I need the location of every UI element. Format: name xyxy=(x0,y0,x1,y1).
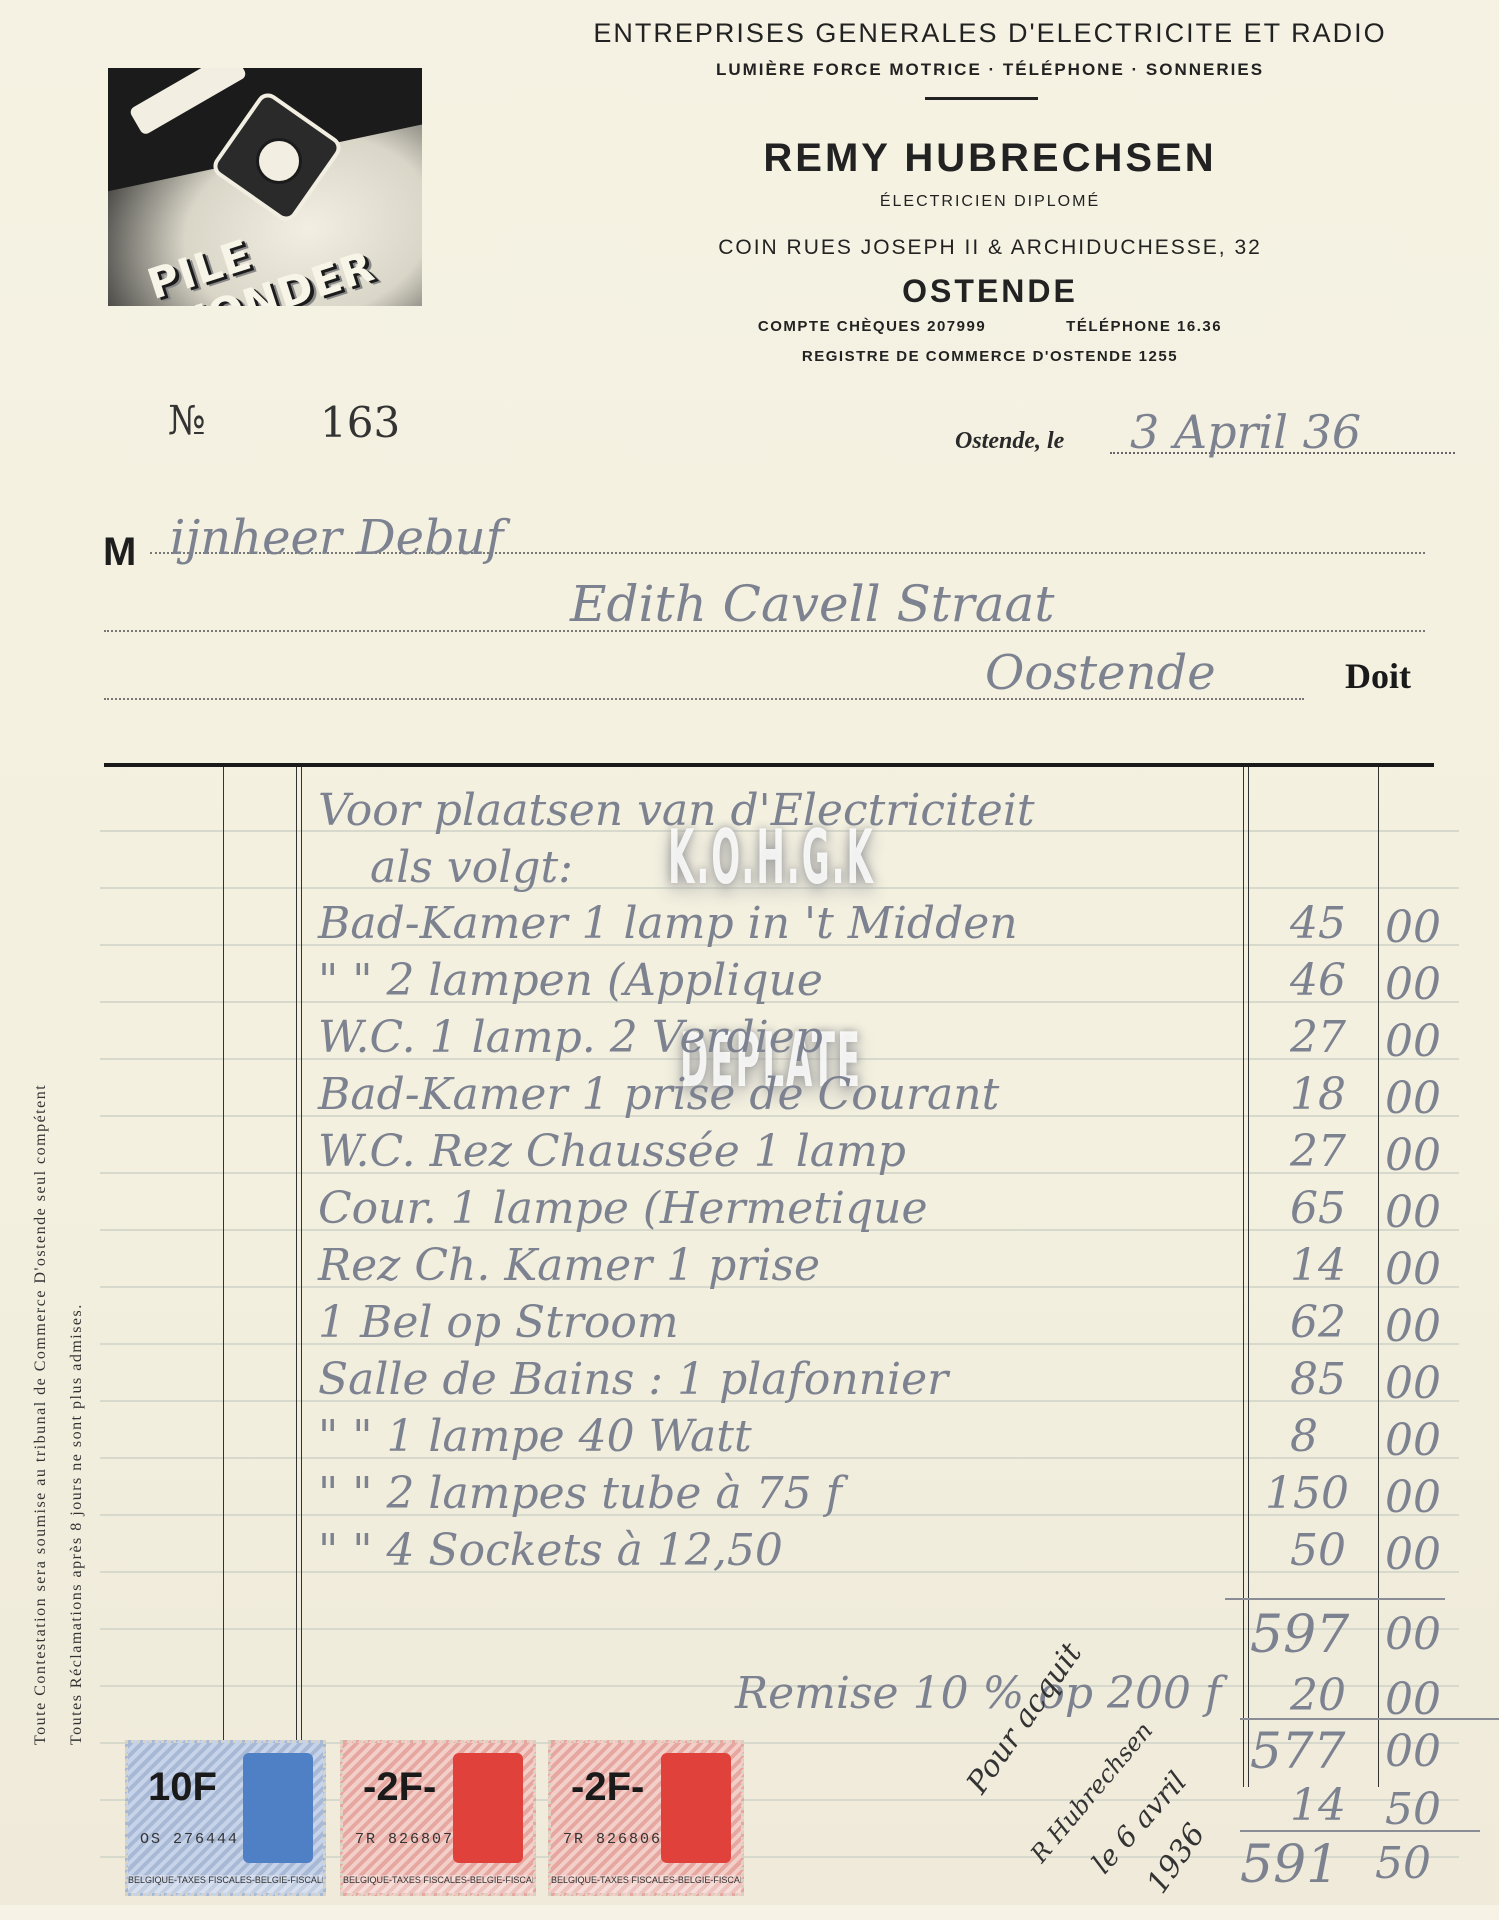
line-item-cents: 00 xyxy=(1385,1472,1441,1523)
stamp-value: -2F- xyxy=(571,1765,644,1810)
invoice-number: 163 xyxy=(320,398,400,447)
invoice-date: 3 April 36 xyxy=(1130,405,1361,459)
stamp-value: -2F- xyxy=(363,1765,436,1810)
letterhead-line1: ENTREPRISES GENERALES D'ELECTRICITE ET R… xyxy=(560,18,1420,49)
line-item-francs: 150 xyxy=(1265,1468,1349,1519)
line-item-cents: 00 xyxy=(1385,1301,1441,1352)
cents-column-line xyxy=(1378,767,1379,1787)
fiscal-stamp-10f: 10F OS 276444 BELGIQUE-TAXES FISCALES-BE… xyxy=(125,1740,326,1896)
stamp-portrait-icon xyxy=(243,1753,313,1863)
line-item-cents: 00 xyxy=(1385,1130,1441,1181)
letterhead-services: LUMIÈRE FORCE MOTRICE · TÉLÉPHONE · SONN… xyxy=(560,60,1420,80)
date-label: Ostende, le xyxy=(955,428,1064,455)
table-top-rule xyxy=(104,763,1434,767)
stamp-serial: 7R 826807 xyxy=(355,1831,454,1848)
line-item-cents: 00 xyxy=(1385,959,1441,1010)
total-francs: 591 xyxy=(1240,1835,1339,1895)
pile-wonder-logo: PILE WONDER xyxy=(108,68,422,306)
cheques-account: COMPTE CHÈQUES 207999 xyxy=(758,318,986,335)
number-label: № xyxy=(168,398,206,444)
line-item-cents: 00 xyxy=(1385,1415,1441,1466)
line-item-desc: W.C. 1 lamp. 2 Verdiep xyxy=(318,1012,823,1063)
line-item-desc: Bad-Kamer 1 lamp in 't Midden xyxy=(318,898,1018,949)
invoice-paper: PILE WONDER ENTREPRISES GENERALES D'ELEC… xyxy=(0,0,1499,1905)
stamp-value: 10F xyxy=(148,1765,217,1810)
line-item-desc: Salle de Bains : 1 plafonnier xyxy=(318,1354,948,1405)
line-item-cents: 00 xyxy=(1385,1358,1441,1409)
stamp-portrait-icon xyxy=(661,1753,731,1863)
company-contact: COMPTE CHÈQUES 207999TÉLÉPHONE 16.36 xyxy=(560,318,1420,335)
line-item-cents: 00 xyxy=(1385,1073,1441,1124)
tax-cents: 50 xyxy=(1385,1784,1441,1835)
line-item-cents: 00 xyxy=(1385,1016,1441,1067)
company-address: COIN RUES JOSEPH II & ARCHIDUCHESSE, 32 xyxy=(560,236,1420,260)
recipient-name: ijnheer Debuf xyxy=(170,510,503,566)
line-item-desc: Rez Ch. Kamer 1 prise xyxy=(318,1240,820,1291)
description-header: Voor plaatsen van d'Electriciteit xyxy=(318,785,1035,836)
recipient-city: Oostende xyxy=(985,645,1216,701)
side-note-contestation: Toute Contestation sera soumise au tribu… xyxy=(32,1084,50,1745)
line-item-francs: 18 xyxy=(1290,1069,1346,1120)
net-rule xyxy=(1240,1718,1499,1720)
line-item-desc: " " 1 lampe 40 Watt xyxy=(318,1411,752,1462)
line-item-francs: 27 xyxy=(1290,1012,1346,1063)
stamp-serial: OS 276444 xyxy=(140,1831,239,1848)
line-item-desc: " " 2 lampen (Applique xyxy=(318,955,823,1006)
subtotal-rule xyxy=(1225,1598,1445,1600)
subtotal-francs: 597 xyxy=(1250,1605,1349,1665)
line-item-francs: 65 xyxy=(1290,1183,1346,1234)
line-item-desc: Bad-Kamer 1 prise de Courant xyxy=(318,1069,999,1120)
line-item-desc: Cour. 1 lampe (Hermetique xyxy=(318,1183,928,1234)
company-title: ÉLECTRICIEN DIPLOMÉ xyxy=(560,193,1420,211)
company-city: OSTENDE xyxy=(560,273,1420,310)
line-item-francs: 27 xyxy=(1290,1126,1346,1177)
line-item-francs: 85 xyxy=(1290,1354,1346,1405)
line-item-francs: 46 xyxy=(1290,955,1346,1006)
line-item-desc: " " 2 lampes tube à 75 f xyxy=(318,1468,842,1519)
line-item-francs: 62 xyxy=(1290,1297,1346,1348)
stamp-footer: BELGIQUE-TAXES FISCALES-BELGIE-FISCALE T… xyxy=(128,1875,323,1893)
margin-line-1 xyxy=(223,767,224,1767)
margin-line-2 xyxy=(296,767,302,1767)
stamp-serial: 7R 826806 xyxy=(563,1831,662,1848)
discount-label: Remise 10 % op 200 f xyxy=(735,1668,1221,1719)
net-francs: 577 xyxy=(1250,1722,1345,1780)
line-item-francs: 50 xyxy=(1290,1525,1346,1576)
recipient-street: Edith Cavell Straat xyxy=(570,575,1054,633)
total-rule xyxy=(1240,1830,1480,1832)
line-item-francs: 8 xyxy=(1290,1411,1318,1462)
net-cents: 00 xyxy=(1385,1726,1441,1777)
stamp-footer: BELGIQUE-TAXES FISCALES-BELGIE-FISCALE T… xyxy=(551,1875,741,1893)
fiscal-stamp-2f: -2F- 7R 826806 BELGIQUE-TAXES FISCALES-B… xyxy=(548,1740,744,1896)
stamp-portrait-icon xyxy=(453,1753,523,1863)
line-item-cents: 00 xyxy=(1385,902,1441,953)
line-item-cents: 00 xyxy=(1385,1529,1441,1580)
line-item-francs: 14 xyxy=(1290,1240,1346,1291)
line-item-desc: 1 Bel op Stroom xyxy=(318,1297,679,1348)
stamp-footer: BELGIQUE-TAXES FISCALES-BELGIE-FISCALE T… xyxy=(343,1875,533,1893)
commerce-registry: REGISTRE DE COMMERCE D'OSTENDE 1255 xyxy=(560,348,1420,365)
doit-label: Doit xyxy=(1345,655,1411,697)
line-item-desc: W.C. Rez Chaussée 1 lamp xyxy=(318,1126,906,1177)
letterhead-divider xyxy=(925,97,1038,100)
tax-francs: 14 xyxy=(1290,1780,1346,1831)
description-header-2: als volgt: xyxy=(370,842,573,893)
fiscal-stamp-2f: -2F- 7R 826807 BELGIQUE-TAXES FISCALES-B… xyxy=(340,1740,536,1896)
subtotal-cents: 00 xyxy=(1385,1609,1441,1660)
company-name: REMY HUBRECHSEN xyxy=(560,136,1420,181)
discount-francs: 20 xyxy=(1290,1670,1346,1721)
line-item-cents: 00 xyxy=(1385,1244,1441,1295)
line-item-cents: 00 xyxy=(1385,1187,1441,1238)
francs-column-line xyxy=(1243,767,1249,1787)
hand-illustration xyxy=(129,68,248,136)
side-note-reclamations: Toutes Réclamations après 8 jours ne son… xyxy=(68,1303,86,1745)
recipient-prefix: M xyxy=(103,530,136,575)
line-item-desc: " " 4 Sockets à 12,50 xyxy=(318,1525,783,1576)
total-cents: 50 xyxy=(1375,1838,1431,1889)
line-item-francs: 45 xyxy=(1290,898,1346,949)
lens-icon xyxy=(256,138,302,184)
phone-number: TÉLÉPHONE 16.36 xyxy=(1066,318,1222,335)
